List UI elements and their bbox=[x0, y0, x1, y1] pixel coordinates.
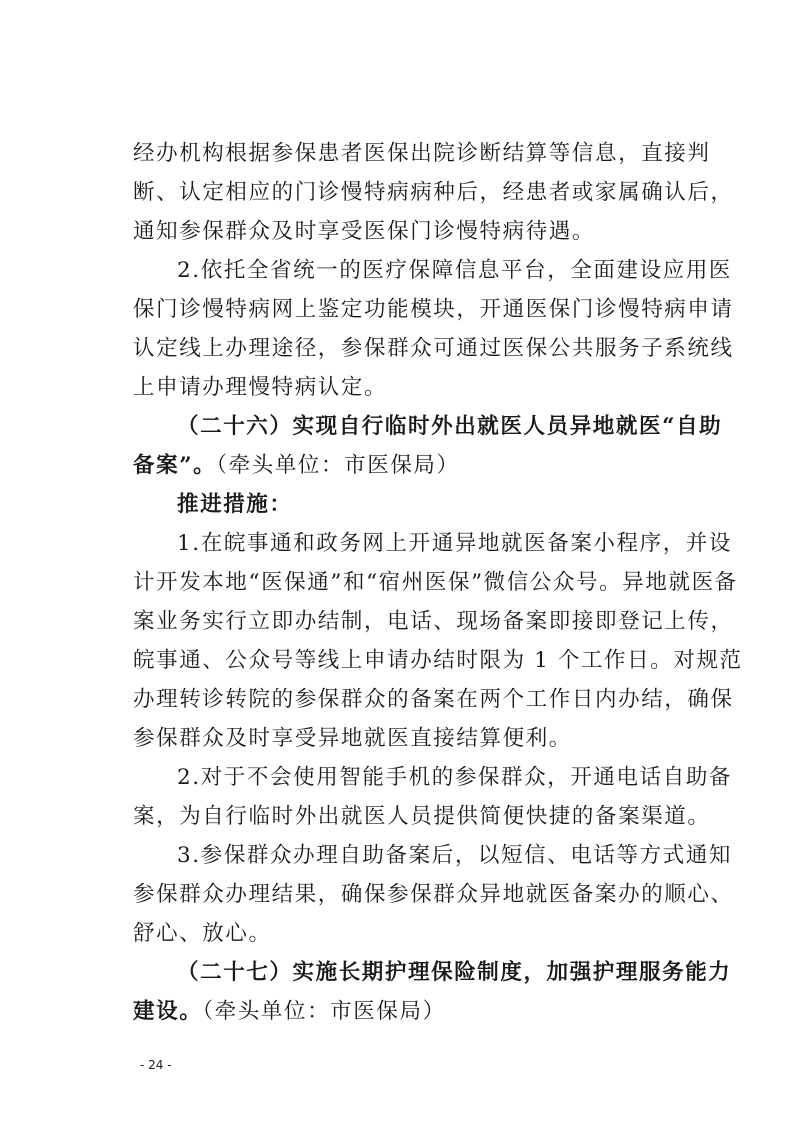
section-27-heading: （二十七）实施长期护理保险制度，加强护理服务能力 bbox=[177, 957, 777, 989]
measure-line: 参保群众办理结果，确保参保群众异地就医备案办的顺心、 bbox=[133, 879, 733, 911]
paragraph-line: 保门诊慢特病网上鉴定功能模块，开通医保门诊慢特病申请 bbox=[133, 294, 733, 326]
measure-line: 案，为自行临时外出就医人员提供简便快捷的备案渠道。 bbox=[133, 801, 733, 833]
lead-unit: （牵头单位：市医保局） bbox=[216, 453, 459, 478]
section-26-heading-end: 备案”。 bbox=[133, 453, 216, 478]
measure-line: 3.参保群众办理自助备案后，以短信、电话等方式通知 bbox=[177, 840, 777, 872]
measure-line: 办理转诊转院的参保群众的备案在两个工作日内办结，确保 bbox=[133, 684, 733, 716]
measure-line: 2.对于不会使用智能手机的参保群众，开通电话自助备 bbox=[177, 762, 777, 794]
section-27-heading-cont: 建设。（牵头单位：市医保局） bbox=[133, 996, 733, 1028]
section-26-heading: （二十六）实现自行临时外出就医人员异地就医“自助 bbox=[177, 411, 777, 443]
measure-line: 皖事通、公众号等线上申请办结时限为 1 个工作日。对规范 bbox=[133, 645, 733, 677]
document-page: 经办机构根据参保患者医保出院诊断结算等信息，直接判 断、认定相应的门诊慢特病病种… bbox=[0, 0, 795, 1122]
measures-label: 推进措施： bbox=[177, 489, 777, 521]
measure-line: 案业务实行立即办结制，电话、现场备案即接即登记上传， bbox=[133, 606, 733, 638]
section-26-heading-cont: 备案”。（牵头单位：市医保局） bbox=[133, 450, 733, 482]
paragraph-line: 断、认定相应的门诊慢特病病种后，经患者或家属确认后， bbox=[133, 177, 733, 209]
section-27-heading-end: 建设。 bbox=[133, 999, 202, 1024]
measure-line: 舒心、放心。 bbox=[133, 918, 733, 950]
measure-line: 参保群众及时享受异地就医直接结算便利。 bbox=[133, 723, 733, 755]
paragraph-line: 2.依托全省统一的医疗保障信息平台，全面建设应用医 bbox=[177, 255, 777, 287]
lead-unit: （牵头单位：市医保局） bbox=[202, 999, 445, 1024]
paragraph-line: 认定线上办理途径，参保群众可通过医保公共服务子系统线 bbox=[133, 333, 733, 365]
measure-line: 计开发本地“医保通”和“宿州医保”微信公众号。异地就医备 bbox=[133, 567, 733, 599]
page-number: - 24 - bbox=[140, 1058, 172, 1072]
paragraph-line: 通知参保群众及时享受医保门诊慢特病待遇。 bbox=[133, 216, 733, 248]
measure-line: 1.在皖事通和政务网上开通异地就医备案小程序，并设 bbox=[177, 528, 777, 560]
paragraph-line: 上申请办理慢特病认定。 bbox=[133, 372, 733, 404]
paragraph-line: 经办机构根据参保患者医保出院诊断结算等信息，直接判 bbox=[133, 138, 733, 170]
